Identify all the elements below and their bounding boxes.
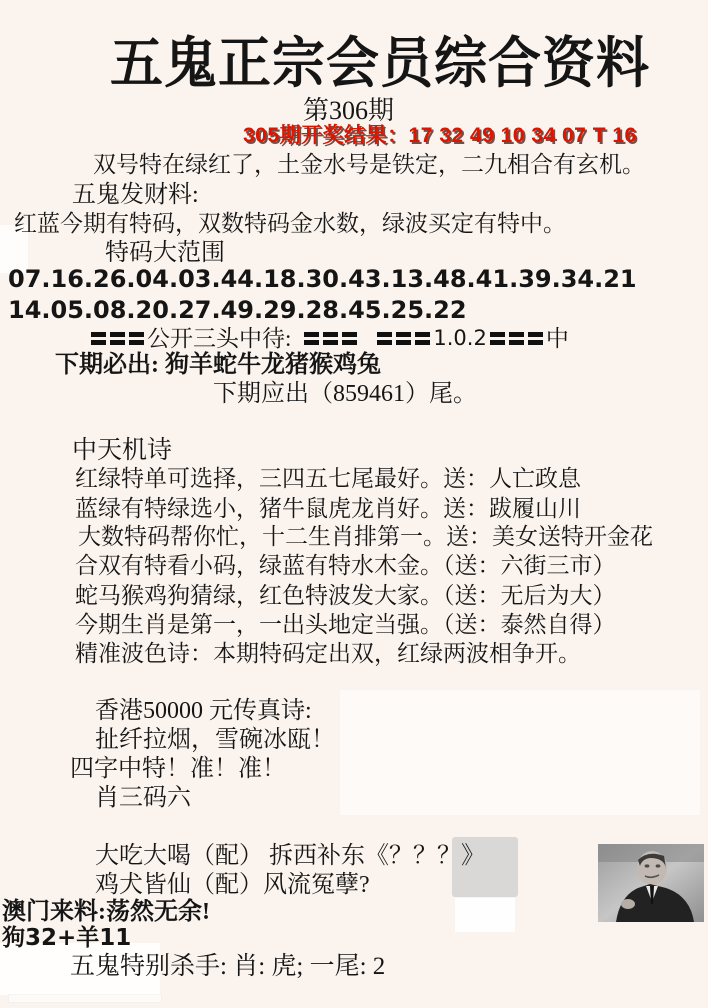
xiao-three-code-six: 肖三码六 [95,785,191,812]
next-should-appear: 下期应出（859461）尾。 [213,381,477,408]
number-row-1: 07.16.26.04.03.44.18.30.43.13.48.41.39.3… [8,266,637,293]
fax-poem-title: 香港50000 元传真诗: [95,698,312,725]
macau-tip-line: 澳门来料:荡然无余! [2,899,210,926]
special-killer-line: 五鬼特别杀手: 肖: 虎; 一尾: 2 [70,953,385,981]
redaction-blocks [91,332,144,345]
redacted-heads-line: 公开三头中待: 1.0.2 中 [88,326,569,352]
redaction-blocks [490,332,543,345]
fax-poem-line: 扯纤拉烟，雪碗冰瓯！ [95,727,335,754]
idiom-pair-line: 鸡犬皆仙（配）风流冤孽? [95,872,370,899]
redacted-line-suffix: 中 [546,326,569,352]
poem-line: 合双有特看小码，绿蓝有特水木金。（送：六街三市） [75,553,616,579]
poem-title: 中天机诗 [72,437,172,465]
scan-artifact [340,690,700,815]
scan-artifact [455,898,515,932]
lottery-tip-sheet: 五鬼正宗会员综合资料 第306期 305期开奖结果：17 32 49 10 34… [0,0,708,1008]
next-must-appear: 下期必出: 狗羊蛇牛龙猪猴鸡兔 [55,352,381,379]
previous-draw-result: 305期开奖结果：17 32 49 10 34 07 T 16 [243,124,637,148]
redacted-line-label: 公开三头中待: [147,326,291,352]
idiom-pair-line: 大吃大喝（配） 拆西补东《？？？》 [95,843,485,870]
poem-line: 精准波色诗：本期特码定出双，红绿两波相争开。 [75,641,581,667]
redaction-blocks [304,332,357,345]
poem-line: 今期生肖是第一，一出头地定当强。（送：泰然自得） [75,612,616,638]
poem-line: 蓝绿有特绿选小，猪牛鼠虎龙肖好。送：跋履山川 [75,496,581,522]
issue-number: 第306期 [303,96,394,125]
scan-artifact [8,994,162,1003]
poem-line: 蛇马猴鸡狗猜绿，红色特波发大家。（送：无后为大） [75,583,616,609]
portrait-photo-image [598,844,704,922]
poem-line: 红绿特单可选择，三四五七尾最好。送：人亡政息 [75,466,581,492]
number-range-title: 特码大范围 [105,240,225,267]
poem-line: 大数特码帮你忙，十二生肖排第一。送：美女送特开金花 [78,524,653,550]
animal-numbers-line: 狗32+羊11 [2,926,131,952]
intro-verse: 双号特在绿红了，土金水号是铁定，二九相合有玄机。 [93,152,645,178]
redacted-line-value: 1.0.2 [433,327,486,351]
number-row-2: 14.05.08.20.27.49.29.28.45.25.22 [8,297,467,324]
redaction-blocks [377,332,430,345]
four-char-special: 四字中特！准！准！ [70,756,286,783]
page-title: 五鬼正宗会员综合资料 [110,34,650,96]
fortune-section-title: 五鬼发财料: [72,182,199,209]
fortune-verse: 红蓝今期有特码，双数特码金水数，绿波买定有特中。 [14,211,566,237]
